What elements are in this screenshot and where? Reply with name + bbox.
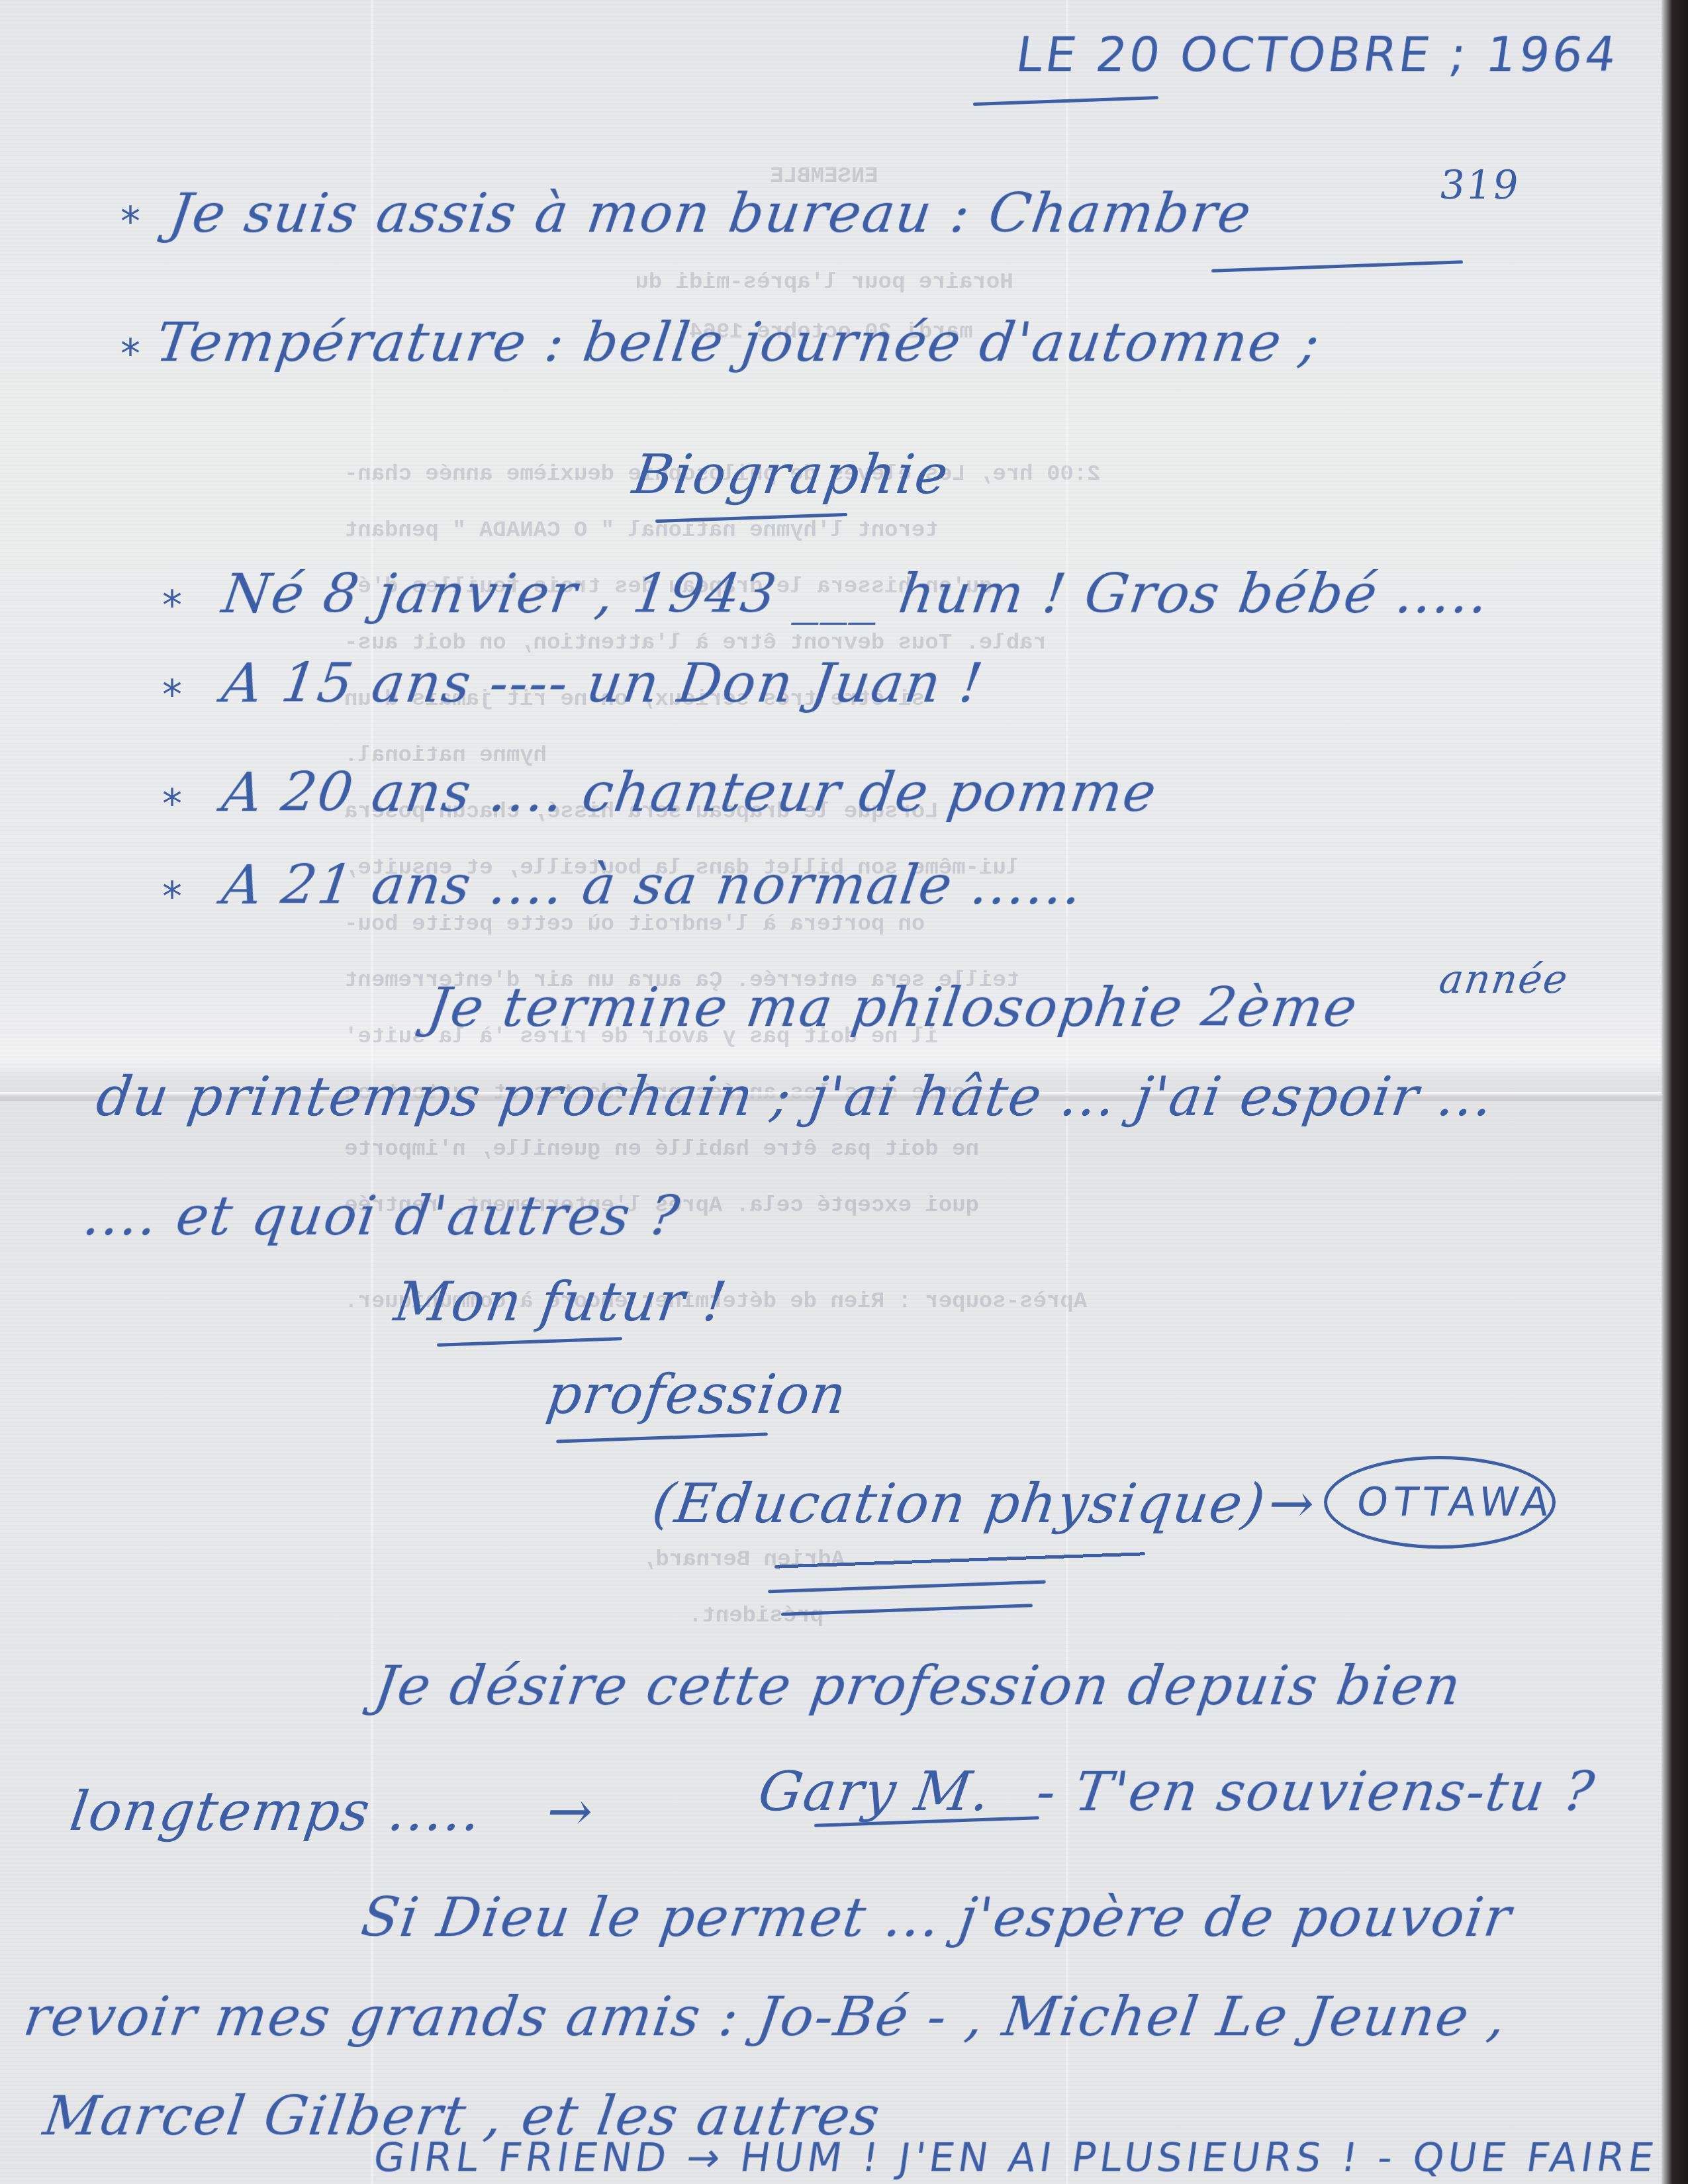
future-heading: Mon futur ! bbox=[391, 1271, 731, 1334]
para-friends-line1: Si Dieu le permet ... j'espère de pouvoi… bbox=[357, 1886, 1516, 1949]
bullet-asterisk: * bbox=[120, 199, 140, 245]
para-desire-line2: longtemps ..... bbox=[66, 1780, 486, 1843]
bleed-line: on portera à l'endroit où cette petite b… bbox=[344, 913, 925, 936]
bullet-asterisk: * bbox=[162, 582, 182, 629]
para-philosophy-line1: Je termine ma philosophie 2ème bbox=[424, 976, 1362, 1039]
bleed-line: rable. Tous devront être à l'attention, … bbox=[344, 632, 1047, 655]
arrow-icon: → bbox=[543, 1780, 598, 1843]
para-philosophy-superscript: année bbox=[1436, 956, 1571, 1003]
bullet-asterisk: * bbox=[162, 672, 182, 718]
bullet-asterisk: * bbox=[162, 781, 182, 827]
friend-name-gary: Gary M. bbox=[755, 1760, 995, 1823]
line-bureau: Je suis assis à mon bureau : Chambre bbox=[165, 182, 1256, 245]
profession-underline bbox=[556, 1432, 768, 1443]
scan-edge-shadow bbox=[1662, 0, 1688, 2184]
biography-heading: Biographie bbox=[629, 443, 953, 506]
para-friends-line2: revoir mes grands amis : Jo-Bé - , Miche… bbox=[20, 1985, 1511, 2048]
future-underline bbox=[437, 1337, 622, 1347]
para-desire-line1: Je désire cette profession depuis bien bbox=[371, 1655, 1466, 1717]
future-profession: profession bbox=[543, 1363, 851, 1426]
room-number: 319 bbox=[1436, 162, 1523, 208]
bullet-asterisk: * bbox=[162, 874, 182, 920]
letter-date: Le 20 octoBRE ; 1964 bbox=[1013, 26, 1622, 82]
future-city: OTTAWA bbox=[1354, 1479, 1558, 1525]
bio-age-21: A 21 ans .... à sa normale ...... bbox=[218, 854, 1087, 917]
bleed-signature-name: Adrien Bernard, bbox=[642, 1549, 845, 1571]
bleed-signature-title: président. bbox=[688, 1605, 823, 1627]
bleed-line: teront l'hymne national " O CANADA " pen… bbox=[344, 520, 939, 542]
postscript-girlfriend: Girl Friend → Hum ! J'en ai plusieurs ! … bbox=[371, 2134, 1662, 2181]
bullet-asterisk: * bbox=[120, 331, 140, 377]
education-underline-2 bbox=[768, 1580, 1046, 1594]
line-temperature: Température : belle journée d'automne ; bbox=[152, 311, 1325, 374]
scanned-letter-page: ENSEMBLE Horaire pour l'après-midi du ma… bbox=[0, 0, 1662, 2184]
bio-age-15: A 15 ans ---- un Don Juan ! bbox=[218, 652, 988, 715]
bleed-subtitle-1: Horaire pour l'après-midi du bbox=[344, 271, 1304, 294]
bleed-line: ne doit pas être habillé en guenille, n'… bbox=[344, 1138, 979, 1161]
para-desire-question: - T'en souviens-tu ? bbox=[1033, 1760, 1599, 1823]
bio-born: Né 8 janvier , 1943 ___ hum ! Gros bébé … bbox=[218, 563, 1493, 625]
arrow-icon: → bbox=[1264, 1473, 1320, 1535]
future-education-physique: (Education physique) bbox=[649, 1473, 1270, 1535]
bio-age-20: A 20 ans .... chanteur de pomme bbox=[218, 761, 1161, 824]
para-philosophy-line3: .... et quoi d'autres ? bbox=[79, 1185, 684, 1248]
para-philosophy-line2: du printemps prochain ; j'ai hâte ... j'… bbox=[93, 1066, 1498, 1128]
chambre-underline bbox=[1211, 260, 1463, 272]
